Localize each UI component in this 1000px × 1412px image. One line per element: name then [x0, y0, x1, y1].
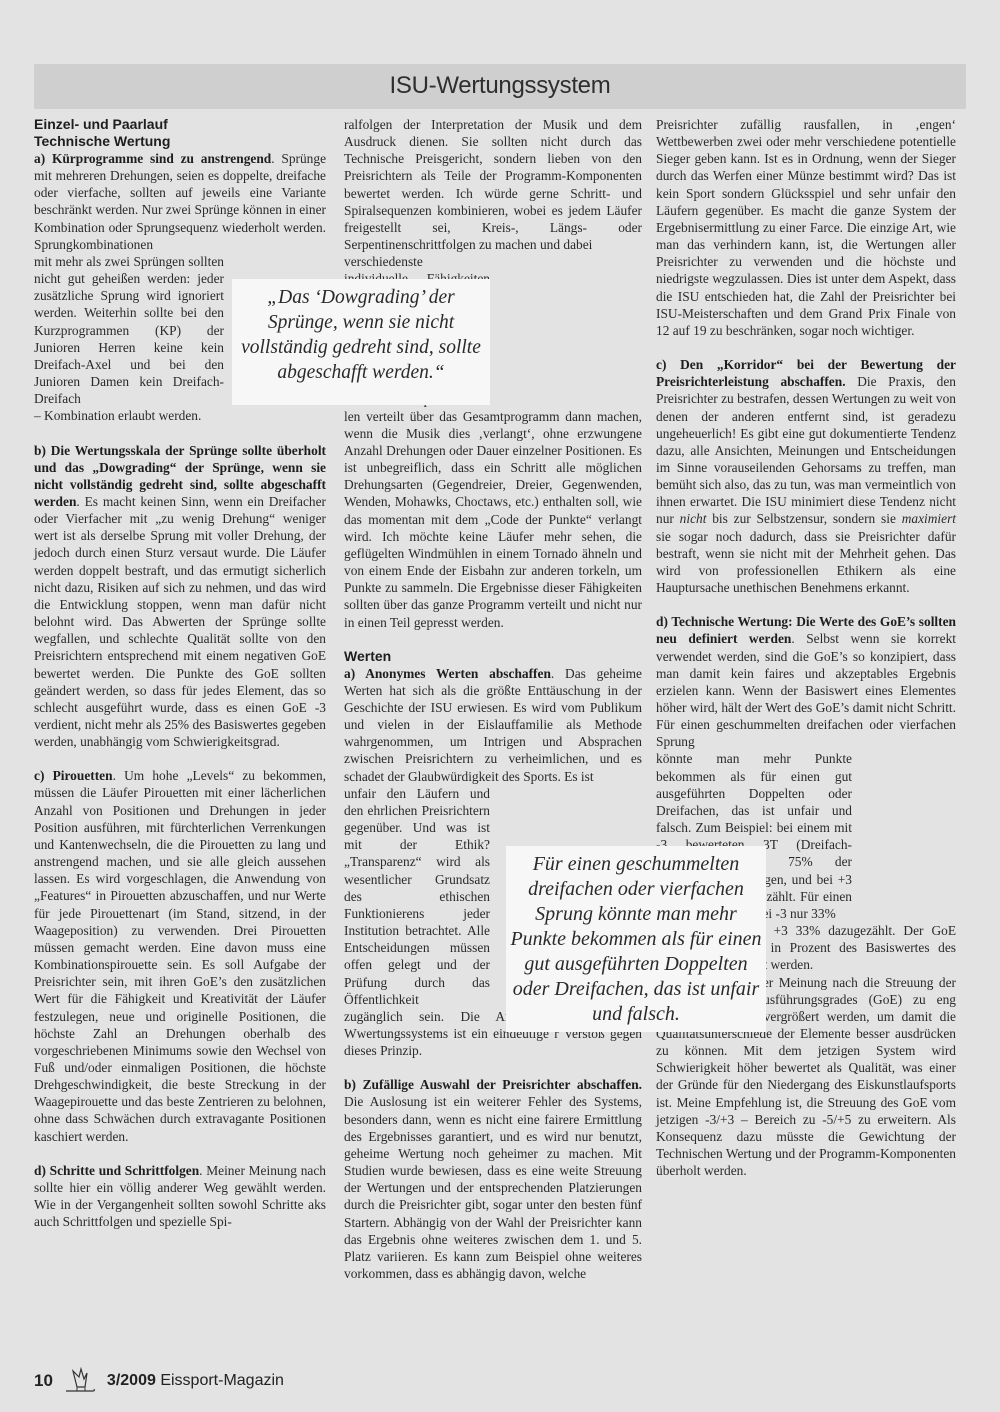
paragraph-c-pirouetten: c) Pirouetten. Um hohe „Levels“ zu bekom…	[34, 767, 326, 1144]
page-title: ISU-Wertungssystem	[34, 72, 966, 100]
paragraph-spiralfolgen: ralfolgen der Interpretation der Musik u…	[344, 116, 642, 253]
paragraph-a-end: – Kombination erlaubt werden.	[34, 407, 326, 424]
subheading-a-werten: a) Anonymes Werten abschaffen	[344, 666, 551, 681]
issue-label: 3/2009 Eissport-Magazin	[107, 1372, 284, 1390]
subheading-d: d) Schritte und Schrittfolgen	[34, 1163, 199, 1178]
paragraph-spiralfolgen-end: len verteilt über das Gesamtprogramm dan…	[344, 408, 642, 631]
skater-wing-logo-icon	[63, 1367, 97, 1395]
page-footer: 10 3/2009 Eissport-Magazin	[34, 1367, 284, 1395]
paragraph-d-technische-wertung: d) Technische Wertung: Die Werte des GoE…	[656, 613, 956, 750]
page-number: 10	[34, 1371, 53, 1391]
paragraph-preisrichter-zufaellig: Preisrichter zufällig rausfallen, in ‚en…	[656, 116, 956, 339]
subheading-b-werten: b) Zufällige Auswahl der Preisrichter ab…	[344, 1077, 642, 1092]
paragraph-a-kuerprogramme: a) Kürprogramme sind zu anstrengend. Spr…	[34, 150, 326, 253]
subheading-a: a) Kürprogramme sind zu anstrengend	[34, 151, 271, 166]
paragraph-b-zufaellige-auswahl: b) Zufällige Auswahl der Preisrichter ab…	[344, 1076, 642, 1282]
paragraph-c-korridor: c) Den „Korridor“ bei der Bewertung der …	[656, 356, 956, 596]
title-band: ISU-Wertungssystem	[34, 64, 966, 109]
paragraph-b-wertungsskala: b) Die Wertungsskala der Sprünge sollte …	[34, 442, 326, 751]
section-heading-werten: Werten	[344, 648, 642, 665]
paragraph-a-anonymes-werten: a) Anonymes Werten abschaffen. Das gehei…	[344, 665, 642, 785]
paragraph-a-werten-wrap: unfair den Läufern und den ehrlichen Pre…	[344, 785, 490, 1008]
paragraph-d-schritte: d) Schritte und Schrittfolgen. Meiner Me…	[34, 1162, 326, 1231]
pull-quote-geschummelt: Für einen geschummelten dreifachen oder …	[506, 846, 766, 1032]
pull-quote-dowgrading: „Das ‘Dowgrading’ der Sprünge, wenn sie …	[232, 279, 490, 405]
section-heading-technische-wertung: Technische Wertung	[34, 133, 326, 150]
subheading-c: c) Pirouetten	[34, 768, 113, 783]
section-heading-einzel-paarlauf: Einzel- und Paarlauf	[34, 116, 326, 133]
paragraph-a-continued: mit mehr als zwei Sprüngen sollten nicht…	[34, 253, 224, 407]
